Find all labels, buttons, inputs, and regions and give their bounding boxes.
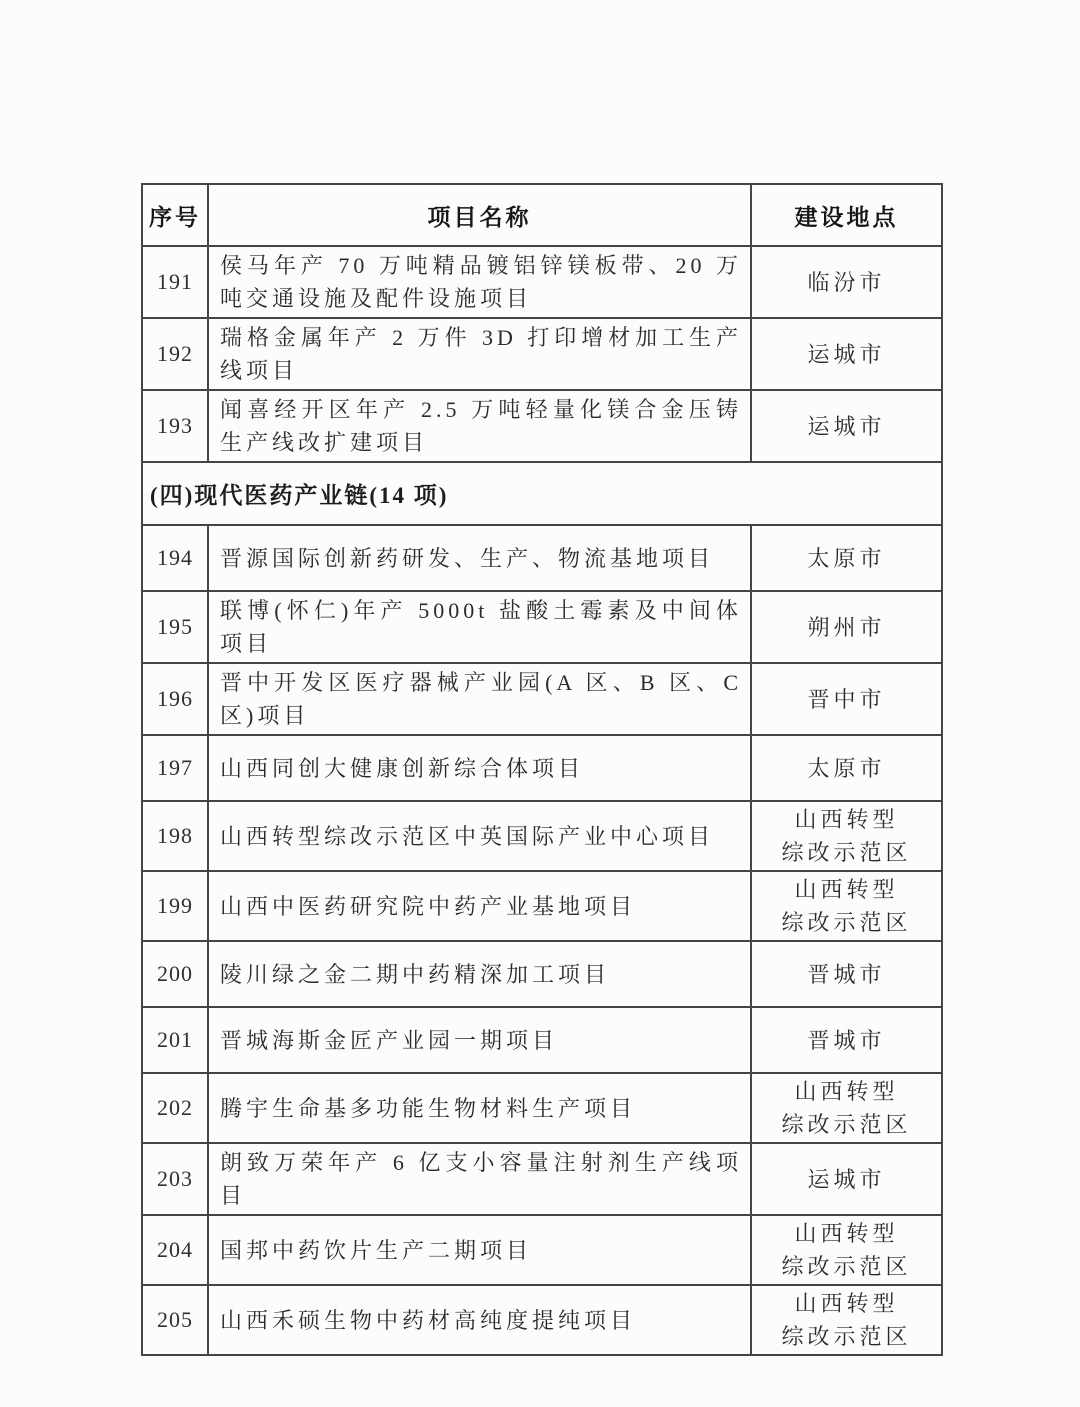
- section-header-label: (四)现代医药产业链(14 项): [142, 462, 942, 525]
- table-row: 198山西转型综改示范区中英国际产业中心项目山西转型 综改示范区: [142, 801, 942, 871]
- location-cell: 运城市: [751, 318, 942, 390]
- project-name-cell: 山西中医药研究院中药产业基地项目: [208, 871, 751, 941]
- location-cell: 山西转型 综改示范区: [751, 1215, 942, 1285]
- table-row: 197山西同创大健康创新综合体项目太原市: [142, 735, 942, 801]
- project-name-cell: 国邦中药饮片生产二期项目: [208, 1215, 751, 1285]
- table-row: 192瑞格金属年产 2 万件 3D 打印增材加工生产线项目运城市: [142, 318, 942, 390]
- row-index-cell: 197: [142, 735, 208, 801]
- row-index-cell: 198: [142, 801, 208, 871]
- row-index-cell: 195: [142, 591, 208, 663]
- table-row: 191侯马年产 70 万吨精品镀铝锌镁板带、20 万吨交通设施及配件设施项目临汾…: [142, 246, 942, 318]
- table-row: 196晋中开发区医疗器械产业园(A 区、B 区、C 区)项目晋中市: [142, 663, 942, 735]
- project-name-cell: 侯马年产 70 万吨精品镀铝锌镁板带、20 万吨交通设施及配件设施项目: [208, 246, 751, 318]
- section-header-row: (四)现代医药产业链(14 项): [142, 462, 942, 525]
- table-row: 193闻喜经开区年产 2.5 万吨轻量化镁合金压铸生产线改扩建项目运城市: [142, 390, 942, 462]
- row-index-cell: 200: [142, 941, 208, 1007]
- table-row: 200陵川绿之金二期中药精深加工项目晋城市: [142, 941, 942, 1007]
- location-cell: 太原市: [751, 735, 942, 801]
- document-page: 序号 项目名称 建设地点 191侯马年产 70 万吨精品镀铝锌镁板带、20 万吨…: [0, 0, 1080, 1407]
- column-header-location: 建设地点: [751, 184, 942, 246]
- row-index-cell: 204: [142, 1215, 208, 1285]
- table-header-row: 序号 项目名称 建设地点: [142, 184, 942, 246]
- location-cell: 朔州市: [751, 591, 942, 663]
- column-header-project-name: 项目名称: [208, 184, 751, 246]
- location-cell: 山西转型 综改示范区: [751, 801, 942, 871]
- project-name-cell: 山西同创大健康创新综合体项目: [208, 735, 751, 801]
- location-cell: 山西转型 综改示范区: [751, 1073, 942, 1143]
- project-name-cell: 晋城海斯金匠产业园一期项目: [208, 1007, 751, 1073]
- row-index-cell: 191: [142, 246, 208, 318]
- row-index-cell: 193: [142, 390, 208, 462]
- table-row: 205山西禾硕生物中药材高纯度提纯项目山西转型 综改示范区: [142, 1285, 942, 1355]
- table-row: 195联博(怀仁)年产 5000t 盐酸土霉素及中间体项目朔州市: [142, 591, 942, 663]
- location-cell: 运城市: [751, 1143, 942, 1215]
- table-row: 204国邦中药饮片生产二期项目山西转型 综改示范区: [142, 1215, 942, 1285]
- projects-table: 序号 项目名称 建设地点 191侯马年产 70 万吨精品镀铝锌镁板带、20 万吨…: [141, 183, 943, 1356]
- project-name-cell: 山西转型综改示范区中英国际产业中心项目: [208, 801, 751, 871]
- project-name-cell: 腾宇生命基多功能生物材料生产项目: [208, 1073, 751, 1143]
- project-name-cell: 朗致万荣年产 6 亿支小容量注射剂生产线项目: [208, 1143, 751, 1215]
- table-row: 199山西中医药研究院中药产业基地项目山西转型 综改示范区: [142, 871, 942, 941]
- project-name-cell: 陵川绿之金二期中药精深加工项目: [208, 941, 751, 1007]
- location-cell: 临汾市: [751, 246, 942, 318]
- row-index-cell: 196: [142, 663, 208, 735]
- table-row: 202腾宇生命基多功能生物材料生产项目山西转型 综改示范区: [142, 1073, 942, 1143]
- row-index-cell: 199: [142, 871, 208, 941]
- location-cell: 山西转型 综改示范区: [751, 1285, 942, 1355]
- row-index-cell: 192: [142, 318, 208, 390]
- project-name-cell: 晋中开发区医疗器械产业园(A 区、B 区、C 区)项目: [208, 663, 751, 735]
- project-name-cell: 晋源国际创新药研发、生产、物流基地项目: [208, 525, 751, 591]
- column-header-index: 序号: [142, 184, 208, 246]
- location-cell: 晋城市: [751, 1007, 942, 1073]
- location-cell: 运城市: [751, 390, 942, 462]
- table-row: 201晋城海斯金匠产业园一期项目晋城市: [142, 1007, 942, 1073]
- project-name-cell: 山西禾硕生物中药材高纯度提纯项目: [208, 1285, 751, 1355]
- table-row: 203朗致万荣年产 6 亿支小容量注射剂生产线项目运城市: [142, 1143, 942, 1215]
- row-index-cell: 205: [142, 1285, 208, 1355]
- location-cell: 晋中市: [751, 663, 942, 735]
- table-row: 194晋源国际创新药研发、生产、物流基地项目太原市: [142, 525, 942, 591]
- location-cell: 晋城市: [751, 941, 942, 1007]
- row-index-cell: 201: [142, 1007, 208, 1073]
- location-cell: 太原市: [751, 525, 942, 591]
- location-cell: 山西转型 综改示范区: [751, 871, 942, 941]
- row-index-cell: 202: [142, 1073, 208, 1143]
- project-name-cell: 闻喜经开区年产 2.5 万吨轻量化镁合金压铸生产线改扩建项目: [208, 390, 751, 462]
- project-name-cell: 瑞格金属年产 2 万件 3D 打印增材加工生产线项目: [208, 318, 751, 390]
- row-index-cell: 203: [142, 1143, 208, 1215]
- project-name-cell: 联博(怀仁)年产 5000t 盐酸土霉素及中间体项目: [208, 591, 751, 663]
- table-body: 191侯马年产 70 万吨精品镀铝锌镁板带、20 万吨交通设施及配件设施项目临汾…: [142, 246, 942, 1355]
- row-index-cell: 194: [142, 525, 208, 591]
